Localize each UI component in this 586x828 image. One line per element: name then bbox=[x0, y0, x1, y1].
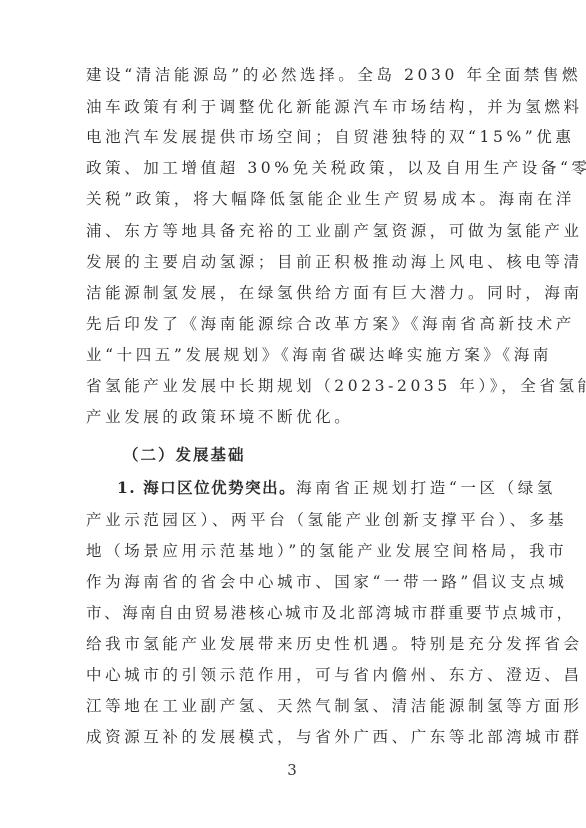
body-text-line: 建设“清洁能源岛”的必然选择。全岛 2030 年全面禁售燃 bbox=[86, 64, 498, 86]
body-text-line: 给我市氢能产业发展带来历史性机遇。特别是充分发挥省会 bbox=[86, 633, 498, 655]
body-text-line: 电池汽车发展提供市场空间；自贸港独特的双“15%”优惠 bbox=[86, 126, 498, 148]
body-text-line: 发展的主要启动氢源；目前正积极推动海上风电、核电等清 bbox=[86, 251, 498, 273]
body-text-line: 中心城市的引领示范作用，可与省内儋州、东方、澄迈、昌 bbox=[86, 664, 498, 686]
body-text-line: 关税”政策，将大幅降低氢能企业生产贸易成本。海南在洋 bbox=[86, 188, 498, 210]
body-text-line: 政策、加工增值超 30%免关税政策，以及自用生产设备“零 bbox=[86, 157, 498, 179]
body-text-line: 产业示范园区）、两平台（氢能产业创新支撑平台）、多基 bbox=[86, 509, 498, 531]
body-text-line: 成资源互补的发展模式，与省外广西、广东等北部湾城市群 bbox=[86, 726, 498, 748]
section-heading: （二）发展基础 bbox=[123, 444, 498, 466]
item-1-first-line: 1. 海口区位优势突出。海南省正规划打造“一区（绿氢 bbox=[117, 477, 498, 499]
body-text-line: 业“十四五”发展规划》《海南省碳达峰实施方案》《海南 bbox=[86, 344, 498, 366]
body-text-line: 产业发展的政策环境不断优化。 bbox=[86, 406, 498, 428]
body-text-line: 先后印发了《海南能源综合改革方案》《海南省高新技术产 bbox=[86, 313, 498, 335]
body-text-line: 市、海南自由贸易港核心城市及北部湾城市群重要节点城市， bbox=[86, 602, 498, 624]
body-text-line: 江等地在工业副产氢、天然气制氢、清洁能源制氢等方面形 bbox=[86, 695, 498, 717]
body-text-line: 作为海南省的省会中心城市、国家“一带一路”倡议支点城 bbox=[86, 571, 498, 593]
body-text-line: 地（场景应用示范基地）”的氢能产业发展空间格局，我市 bbox=[86, 540, 498, 562]
item-1-first-line-text: 海南省正规划打造“一区（绿氢 bbox=[296, 479, 556, 497]
body-text-line: 省氢能产业发展中长期规划（2023-2035 年）》，全省氢能 bbox=[86, 375, 498, 397]
document-page: 建设“清洁能源岛”的必然选择。全岛 2030 年全面禁售燃 油车政策有利于调整优… bbox=[0, 0, 586, 828]
body-text-line: 油车政策有利于调整优化新能源汽车市场结构，并为氢燃料 bbox=[86, 96, 498, 118]
page-number: 3 bbox=[282, 760, 302, 780]
body-text-line: 浦、东方等地具备充裕的工业副产氢资源，可做为氢能产业 bbox=[86, 220, 498, 242]
item-1-bold-lead: 1. 海口区位优势突出。 bbox=[117, 478, 296, 497]
body-text-line: 洁能源制氢发展，在绿氢供给方面有巨大潜力。同时，海南 bbox=[86, 282, 498, 304]
